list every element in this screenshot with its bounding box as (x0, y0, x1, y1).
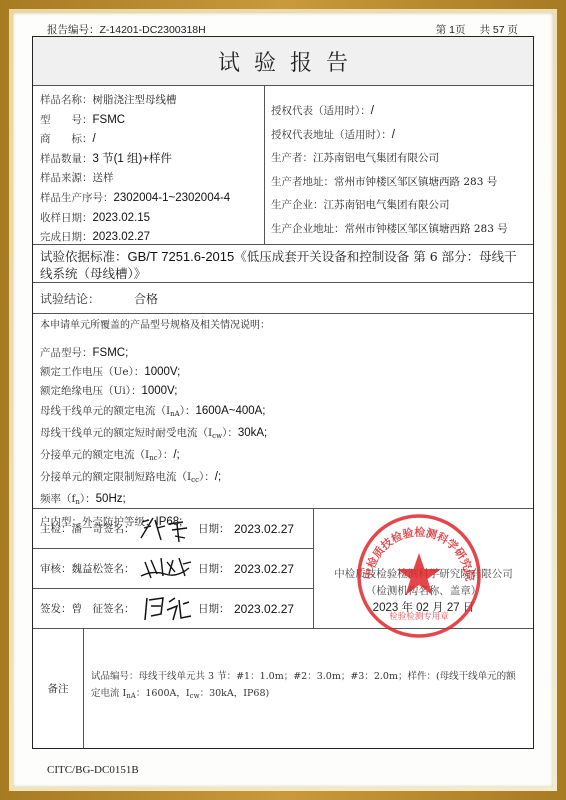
manufacturer-address: 生产者地址：常州市钟楼区邹区镇塘西路 283 号 (271, 171, 533, 195)
label: 母线干线单元的额定电流（I (40, 405, 170, 417)
remarks-text: 试品编号：母线干线单元共 3 节：#1：1.0m；#2：3.0m；#3：2.0m… (91, 668, 525, 705)
subscript: cw (190, 692, 200, 700)
manufacturer: 生产者：江苏南铝电气集团有限公司 (271, 147, 533, 171)
sample-serial: 样品生产序号：2302004-1~2302004-4 (40, 189, 264, 209)
value: FSMC (93, 114, 126, 126)
signature-row-approver: 签发：曾 征 签名： 日期： 2023.02.27 (33, 589, 313, 629)
signature-row-inspector: 主检：潘一奇 签名： 日期： 2023.02.27 (33, 509, 313, 549)
report-table: 试验报告 样品名称：树脂浇注型母线槽 型 号：FSMC 商 标：/ 样品数量：3… (32, 36, 534, 749)
subscript: nA (170, 410, 180, 418)
text: ：30kA，IP68) (200, 688, 270, 699)
authorized-rep-address: 授权代表地址（适用时）：/ (271, 124, 533, 148)
label: 产品型号： (40, 347, 93, 359)
date-label: 日期： (198, 601, 234, 616)
party-info: 授权代表（适用时）：/ 授权代表地址（适用时）：/ 生产者：江苏南铝电气集团有限… (265, 86, 533, 244)
value: / (392, 129, 395, 141)
value: /; (215, 471, 221, 483)
description-list: 产品型号：FSMC;额定工作电压（Ue）：1000V;额定绝缘电压（Ui）：10… (40, 344, 526, 532)
spec-item: 产品型号：FSMC; (40, 344, 526, 363)
spec-item: 分接单元的额定限制短路电流（Icc）：/; (40, 468, 526, 490)
spec-item: 额定绝缘电压（Ui）：1000V; (40, 382, 526, 401)
label: 样品数量： (40, 153, 93, 165)
form-code: CITC/BG-DC0151B (47, 764, 139, 776)
title-row: 试验报告 (33, 37, 533, 86)
label: 样品生产序号： (40, 192, 114, 204)
subscript: nA (126, 692, 136, 700)
value: 1000V; (144, 366, 180, 378)
value: 江苏南铝电气集团有限公司 (313, 152, 439, 164)
signature-row-reviewer: 审核：魏益松 签名： 日期： 2023.02.27 (33, 549, 313, 589)
label: 试验依据标准： (40, 249, 128, 264)
description-row: 本申请单元所覆盖的产品型号规格及相关情况说明： 产品型号：FSMC;额定工作电压… (33, 314, 533, 509)
value: 2302004-1~2302004-4 (114, 192, 231, 204)
sample-quantity: 样品数量：3 节(1 组)+样件 (40, 150, 264, 170)
value: / (93, 133, 96, 145)
sample-brand: 商 标：/ (40, 130, 264, 150)
label: 额定绝缘电压（Ui）： (40, 385, 141, 397)
label: 额定工作电压（Ue）： (40, 366, 144, 378)
label: 授权代表地址（适用时）： (271, 129, 392, 141)
signature-image (139, 594, 194, 624)
text: ：1600A，I (136, 688, 190, 699)
label: 分接单元的额定限制短路电流（I (40, 471, 191, 483)
page-title: 试验报告 (204, 46, 362, 77)
signature-image (139, 554, 194, 584)
role: 签发：曾 征 (40, 601, 103, 616)
label: 生产者地址： (271, 176, 334, 188)
date-value: 2023.02.27 (234, 522, 294, 536)
value: 1000V; (141, 385, 177, 397)
label: 分接单元的额定电流（I (40, 449, 149, 461)
label: ）： (222, 427, 238, 439)
authorized-rep: 授权代表（适用时）：/ (271, 100, 533, 124)
factory: 生产企业：江苏南铝电气集团有限公司 (271, 194, 533, 218)
label: 样品名称： (40, 94, 93, 106)
sign-label: 签名： (103, 601, 139, 616)
report-number-label: 报告编号： (47, 24, 100, 36)
value: 常州市钟楼区邹区镇塘西路 283 号 (334, 176, 497, 188)
value: /; (173, 449, 179, 461)
conclusion-value: 合格 (134, 290, 158, 307)
page-indicator: 第 1页共 57 页 (422, 22, 518, 37)
factory-address: 生产企业地址：常州市钟楼区邹区镇塘西路 283 号 (271, 218, 533, 242)
description-heading: 本申请单元所覆盖的产品型号规格及相关情况说明： (40, 319, 526, 332)
sign-label: 签名： (103, 561, 139, 576)
date-value: 2023.02.27 (234, 562, 294, 576)
label: 收样日期： (40, 212, 93, 224)
remarks-label: 备注 (33, 628, 84, 748)
value: 常州市钟楼区邹区镇塘西路 283 号 (345, 223, 508, 235)
label: ）： (180, 405, 196, 417)
standard-row: 试验依据标准：GB/T 7251.6-2015《低压成套开关设备和控制设备 第 … (33, 245, 533, 283)
value: 送样 (93, 172, 114, 184)
spec-item: 母线干线单元的额定短时耐受电流（Icw）：30kA; (40, 424, 526, 446)
value: 50Hz; (96, 493, 126, 505)
value: 1600A~400A; (195, 405, 265, 417)
label: ）： (80, 493, 96, 505)
label: 授权代表（适用时）： (271, 105, 371, 117)
sample-model: 型 号：FSMC (40, 111, 264, 131)
label: 母线干线单元的额定短时耐受电流（I (40, 427, 212, 439)
signature-image (139, 514, 194, 544)
received-date: 收样日期：2023.02.15 (40, 209, 264, 229)
value: / (371, 105, 374, 117)
spec-item: 额定工作电压（Ue）：1000V; (40, 363, 526, 382)
label: 生产企业： (271, 199, 324, 211)
role: 审核：魏益松 (40, 561, 103, 576)
value: 江苏南铝电气集团有限公司 (324, 199, 450, 211)
page-total: 共 57 页 (479, 24, 518, 36)
date-label: 日期： (198, 561, 234, 576)
date-value: 2023.02.27 (234, 602, 294, 616)
test-standard: 试验依据标准：GB/T 7251.6-2015《低压成套开关设备和控制设备 第 … (40, 248, 527, 282)
value: 2023.02.27 (93, 231, 151, 243)
sign-label: 签名： (103, 521, 139, 536)
label: 样品来源： (40, 172, 93, 184)
role: 主检：潘一奇 (40, 521, 103, 536)
svg-text:检验检测专用章: 检验检测专用章 (389, 611, 449, 622)
label: 生产企业地址： (271, 223, 345, 235)
subscript: cc (191, 476, 199, 484)
report-number-value: Z-14201-DC2300318H (100, 24, 206, 36)
spec-item: 母线干线单元的额定电流（InA）：1600A~400A; (40, 402, 526, 424)
sample-name: 样品名称：树脂浇注型母线槽 (40, 91, 264, 111)
sample-source: 样品来源：送样 (40, 169, 264, 189)
label: 商 标： (40, 133, 93, 145)
conclusion-row: 试验结论： 合格 (33, 283, 533, 314)
standard-code: GB/T 7251.6-2015 (128, 249, 235, 264)
sample-info: 样品名称：树脂浇注型母线槽 型 号：FSMC 商 标：/ 样品数量：3 节(1 … (33, 86, 265, 244)
info-row: 样品名称：树脂浇注型母线槽 型 号：FSMC 商 标：/ 样品数量：3 节(1 … (33, 86, 533, 245)
stamp-cell: 中检质技检验检测科学研究院有限公司 （检测机构名称、盖章） 2023 年 02 … (313, 509, 533, 629)
value: 2023.02.15 (93, 212, 151, 224)
page-number: 第 1页 (436, 24, 466, 36)
label: ）： (158, 449, 174, 461)
label: 频率（f (40, 493, 75, 505)
value: 树脂浇注型母线槽 (93, 94, 177, 106)
subscript: cw (212, 432, 222, 440)
value: 30kA; (238, 427, 267, 439)
conclusion-label: 试验结论： (40, 290, 134, 307)
value: FSMC; (93, 347, 129, 359)
report-number: 报告编号：Z-14201-DC2300318H (47, 22, 206, 37)
date-label: 日期： (198, 521, 234, 536)
spec-item: 分接单元的额定电流（Inc）：/; (40, 446, 526, 468)
value: 3 节(1 组)+样件 (93, 153, 173, 165)
remarks-row: 备注 试品编号：母线干线单元共 3 节：#1：1.0m；#2：3.0m；#3：2… (33, 628, 533, 748)
label: 完成日期： (40, 231, 93, 243)
label: ）： (199, 471, 215, 483)
official-seal-icon: 中检质技检验检测科学研究院有限公司 检验检测专用章 (354, 511, 484, 641)
label: 生产者： (271, 152, 313, 164)
subscript: nc (149, 454, 157, 462)
label: 型 号： (40, 114, 93, 126)
